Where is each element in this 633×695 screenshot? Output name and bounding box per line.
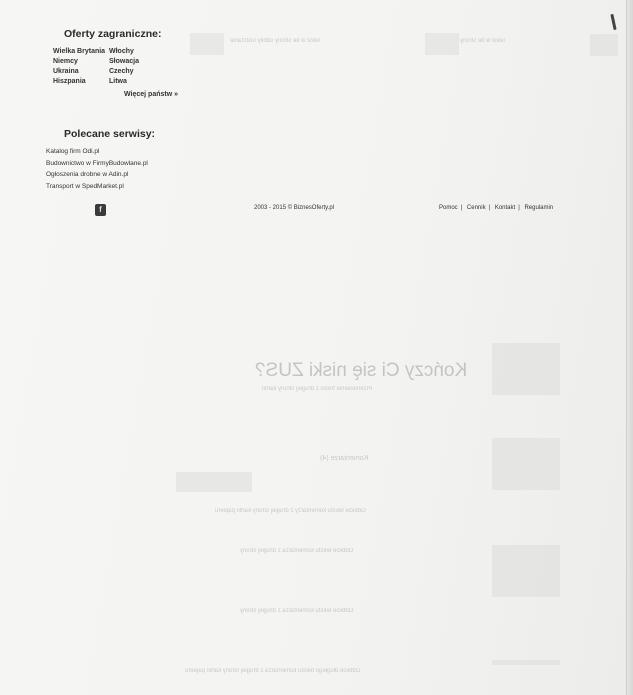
ghost-text: Tekst w tle strony odbity lustrzanie — [230, 38, 321, 44]
pricing-link[interactable]: Cennik — [467, 205, 486, 211]
service-link[interactable]: Ogłoszenia drobne w Adin.pl — [46, 169, 220, 181]
contact-link[interactable]: Kontakt — [495, 205, 515, 211]
recommended-services-title: Polecane serwisy: — [64, 128, 220, 140]
country-link[interactable]: Wielka Brytania — [53, 48, 109, 55]
country-link[interactable]: Czechy — [109, 68, 169, 75]
ghost-bar — [492, 660, 560, 665]
ghost-headline: Kończy Ci się niski ZUS? — [255, 360, 467, 382]
ghost-text: Odbicie tekstu komentarza z drugiej stro… — [240, 608, 353, 614]
terms-link[interactable]: Regulamin — [524, 205, 553, 211]
page-edge — [626, 0, 633, 695]
ghost-thumbnail — [590, 34, 618, 56]
separator: | — [518, 205, 520, 211]
facebook-icon[interactable]: f — [95, 204, 106, 216]
service-link[interactable]: Budownictwo w FirmyBudowlane.pl — [46, 158, 220, 170]
ghost-thumbnail — [425, 33, 459, 55]
country-link[interactable]: Ukraina — [53, 68, 109, 75]
footer-links: Pomoc| Cennik| Kontakt| Regulamin — [439, 205, 553, 211]
ghost-text: Przeniesienie treści z drugiej strony ka… — [262, 386, 372, 392]
service-link[interactable]: Transport w SpedMarket.pl — [46, 181, 220, 193]
ghost-text: Tekst w tle strony — [460, 38, 506, 44]
ghost-photo — [492, 545, 560, 597]
country-link[interactable]: Litwa — [109, 78, 169, 85]
service-link[interactable]: Katalog firm Odi.pl — [46, 146, 220, 158]
separator: | — [461, 205, 463, 211]
country-list: Wielka Brytania Włochy Niemcy Słowacja U… — [53, 48, 200, 85]
ghost-text: Odbicie tekstu komentarzy z drugiej stro… — [215, 508, 366, 514]
help-link[interactable]: Pomoc — [439, 205, 458, 211]
ghost-comments-label: Komentarze (4) — [320, 455, 368, 462]
ghost-photo — [492, 438, 560, 490]
country-link[interactable]: Słowacja — [109, 58, 169, 65]
country-link[interactable]: Niemcy — [53, 58, 109, 65]
foreign-offers-section: Oferty zagraniczne: Wielka Brytania Włoc… — [0, 28, 200, 98]
more-countries-link[interactable]: Więcej państw » — [124, 91, 200, 98]
recommended-services-section: Polecane serwisy: Katalog firm Odi.pl Bu… — [0, 128, 220, 192]
ghost-text: Odbicie długiego tekstu komentarza z dru… — [185, 668, 360, 674]
country-link[interactable]: Hiszpania — [53, 78, 109, 85]
foreign-offers-title: Oferty zagraniczne: — [64, 28, 200, 40]
ghost-text: Odbicie tekstu komentarza z drugiej stro… — [240, 548, 353, 554]
country-link[interactable]: Włochy — [109, 48, 169, 55]
ghost-button — [176, 472, 252, 492]
copyright-text: 2003 - 2015 © BiznesOferty.pl — [254, 205, 334, 211]
ghost-photo — [492, 343, 560, 395]
separator: | — [489, 205, 491, 211]
